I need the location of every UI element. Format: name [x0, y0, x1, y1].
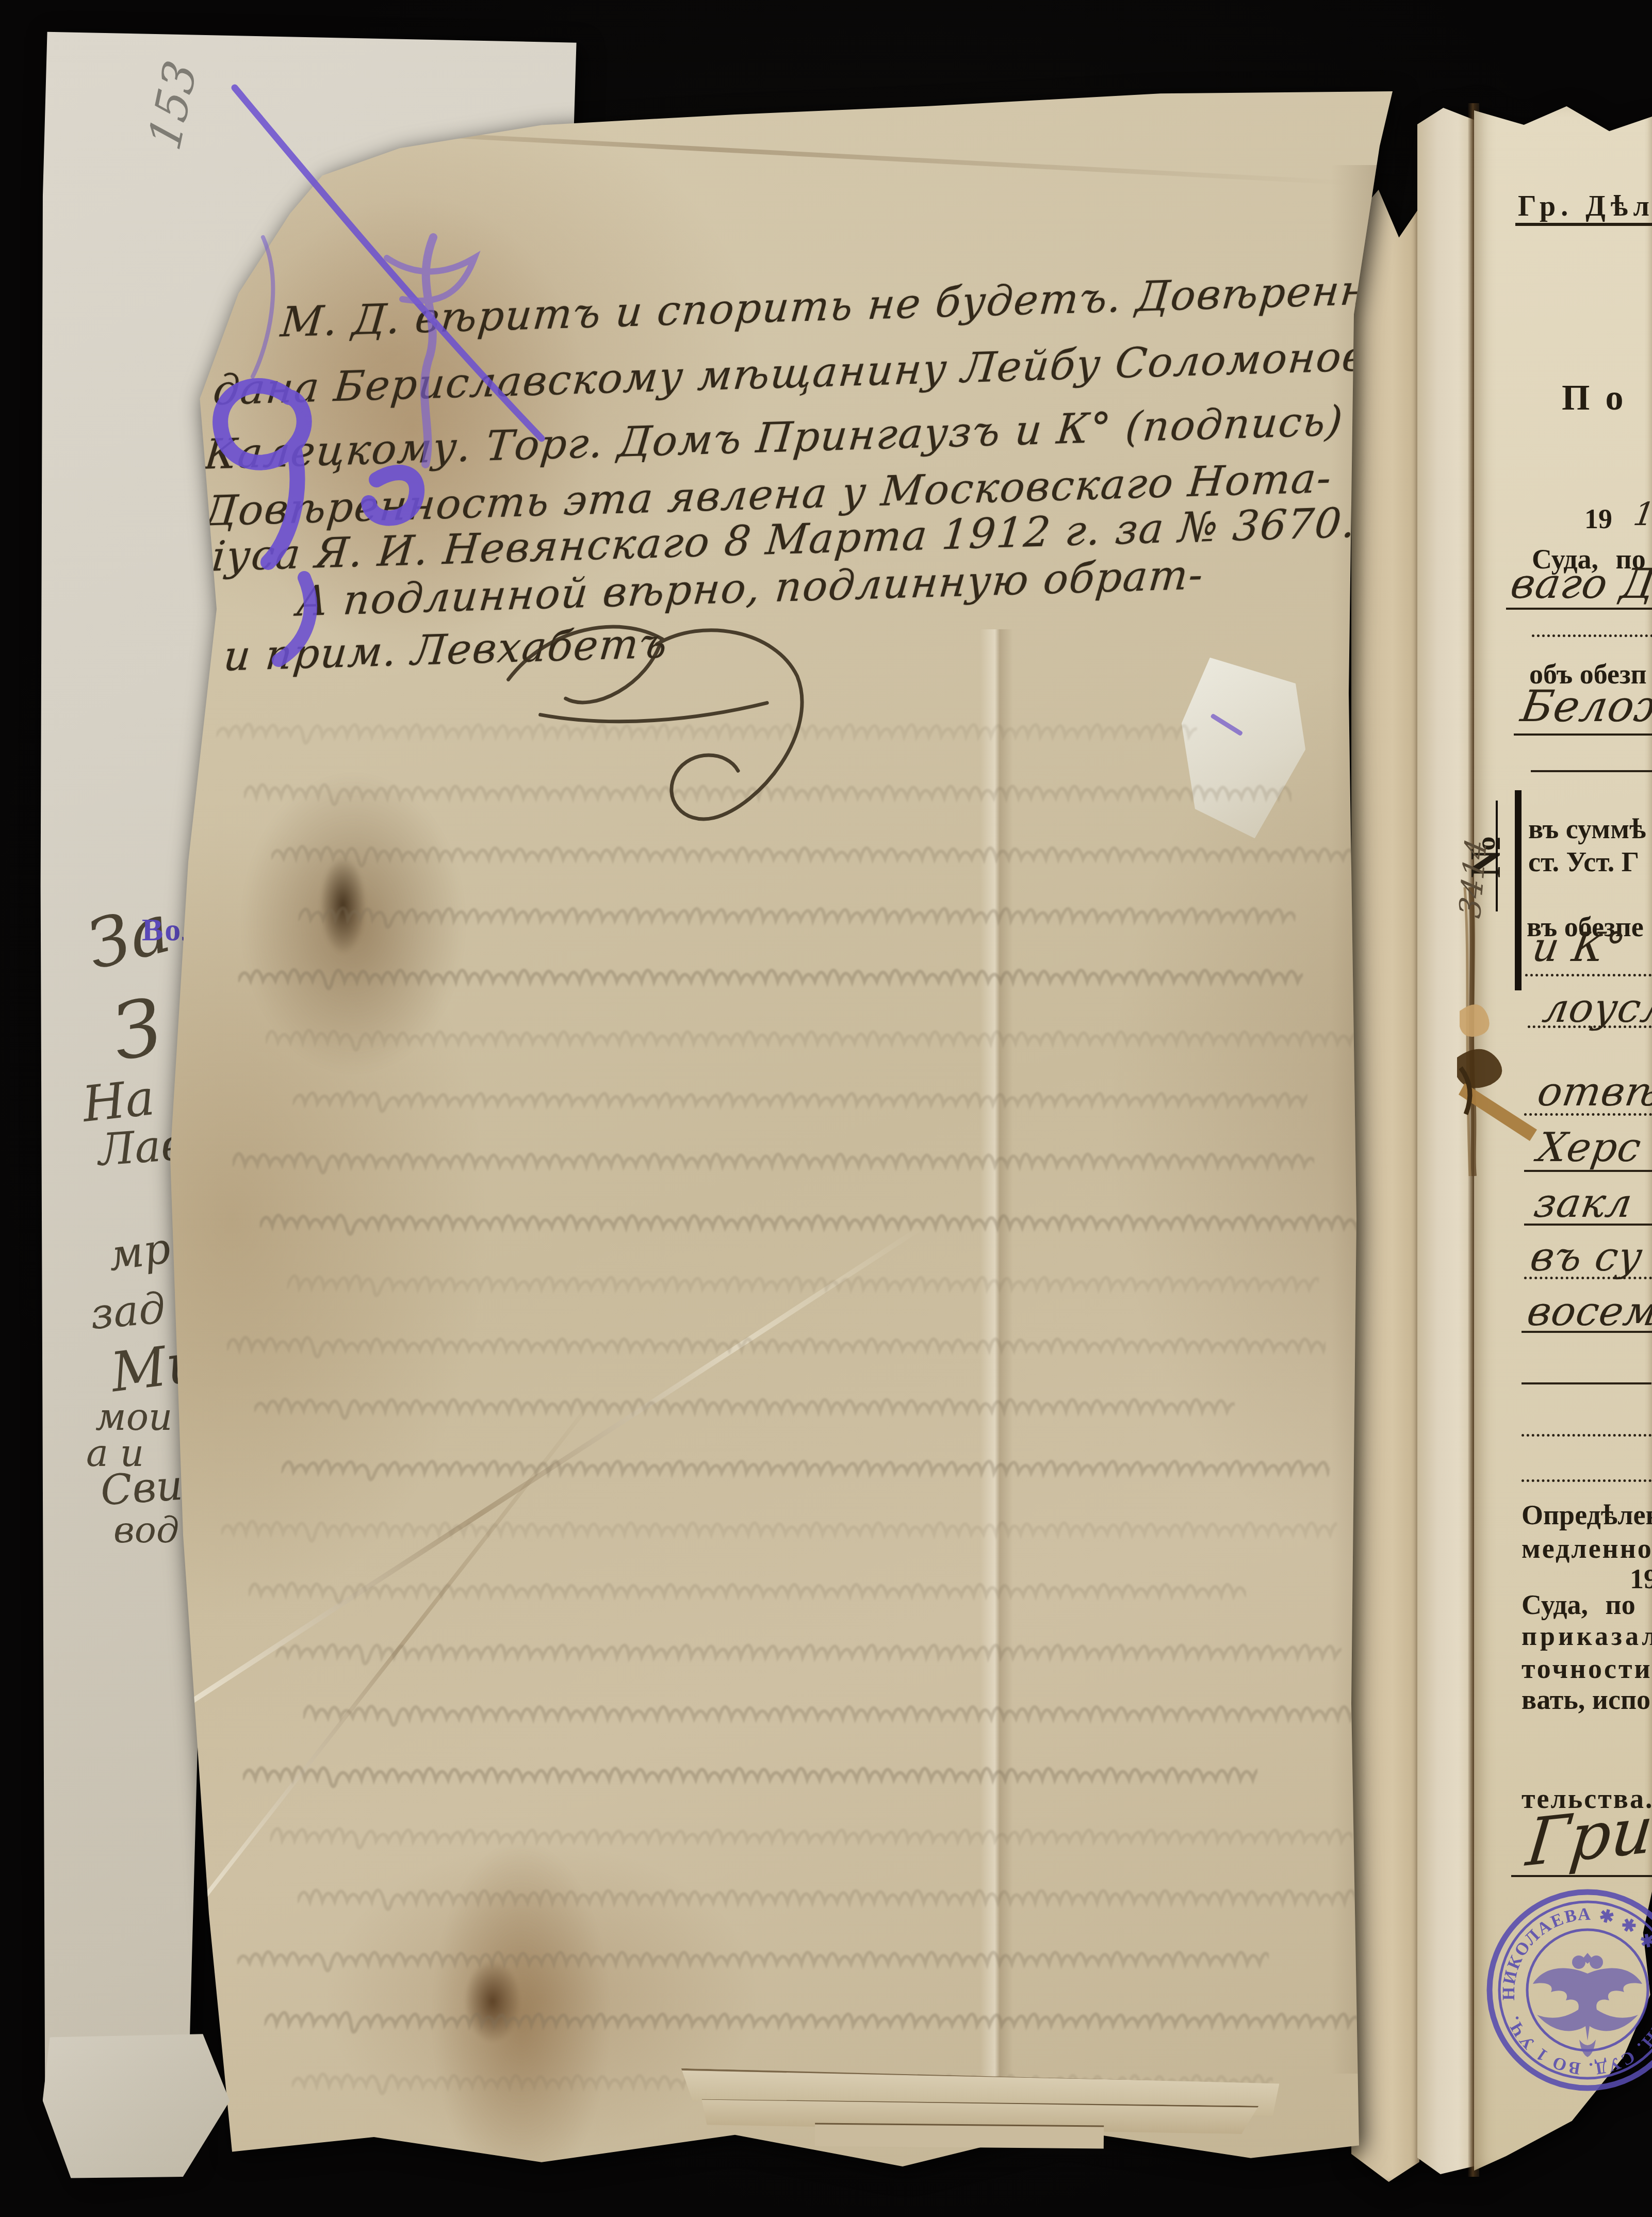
- official-round-stamp: Г. НИКОЛАЕВА ✱ ✱ ✱ УѢЗДН ЖН. СУД. ВО 1 У…: [1484, 1887, 1652, 2093]
- form-title-fragment: По У: [1562, 378, 1652, 419]
- form-ordered-label: приказалъ: [1522, 1621, 1652, 1652]
- number-blank-rule: [1496, 801, 1498, 911]
- case-number-hand: 3414: [1452, 835, 1494, 921]
- bottom-left-scrap: [35, 2016, 238, 2193]
- dotted-rule: [1524, 1277, 1652, 1279]
- fragment-text: мр: [105, 1224, 174, 1281]
- hand-row: въ су: [1527, 1234, 1646, 1280]
- blank-rule: [1522, 1331, 1652, 1333]
- form-precision-label: точности: [1522, 1653, 1652, 1685]
- hand-defendant: Белож: [1517, 681, 1652, 731]
- entry-underline: [1514, 733, 1652, 736]
- blank-rule: [1522, 1382, 1651, 1384]
- dotted-rule: [1524, 1113, 1652, 1116]
- form-header: Гр. Дѣло: [1518, 190, 1652, 223]
- fragment-text: З: [106, 982, 169, 1079]
- fragment-text: вод: [113, 1509, 179, 1551]
- dotted-rule: [1522, 1434, 1651, 1437]
- fragment-text: зад: [88, 1284, 167, 1339]
- hand-party-name: ваго Д: [1508, 560, 1652, 608]
- violet-scribble: [356, 227, 521, 475]
- dotted-rule: [1528, 1025, 1652, 1028]
- photo-of-archival-document: 153 За Вол З На Лав мр зад Ми мои а и Св…: [0, 0, 1652, 2217]
- header-rule: [1515, 223, 1652, 226]
- form-sum-label: въ суммѣ: [1528, 813, 1646, 845]
- dotted-rule: [1532, 634, 1652, 637]
- judge-signature: Гри: [1523, 1792, 1652, 1881]
- blank-rule: [1524, 1224, 1652, 1226]
- form-suda-po-2: Суда, по: [1522, 1589, 1635, 1621]
- binding-thread-knot: [1429, 887, 1542, 1176]
- hand-row: восем: [1524, 1289, 1652, 1335]
- hand-company: и К°: [1529, 924, 1629, 971]
- stacked-sheet-edge: [815, 2123, 1104, 2149]
- hand-row: Херс: [1534, 1124, 1645, 1171]
- hand-row: отвѣ: [1534, 1069, 1652, 1115]
- signature-underline: [1511, 1875, 1652, 1877]
- year-printed: 19: [1584, 503, 1612, 535]
- court-form-assembly: Гр. Дѣло По У 19 12 Суда, по ваго Д объ …: [1351, 41, 1652, 2187]
- blank-rule: [1531, 770, 1652, 772]
- hand-row: лоусл: [1540, 985, 1652, 1032]
- form-ruling-label2: медленном: [1522, 1533, 1652, 1564]
- hand-row: закл: [1531, 1180, 1636, 1227]
- fold-strip: [1351, 186, 1419, 2182]
- fragment-text: Сви: [99, 1461, 184, 1515]
- dotted-rule: [1522, 1479, 1651, 1482]
- entry-underline: [1506, 608, 1652, 610]
- form-ruling-label: Опредѣлен: [1522, 1499, 1652, 1531]
- double-headed-eagle: [1533, 1953, 1642, 2057]
- margin-rule: [1515, 790, 1522, 990]
- faint-bleedthrough-lines: [217, 709, 1393, 2133]
- blank-rule: [1524, 1170, 1652, 1172]
- dotted-rule: [1525, 974, 1652, 976]
- form-statute-label: ст. Уст. Г: [1528, 846, 1639, 878]
- form-execute-label: вать, испо: [1522, 1684, 1650, 1716]
